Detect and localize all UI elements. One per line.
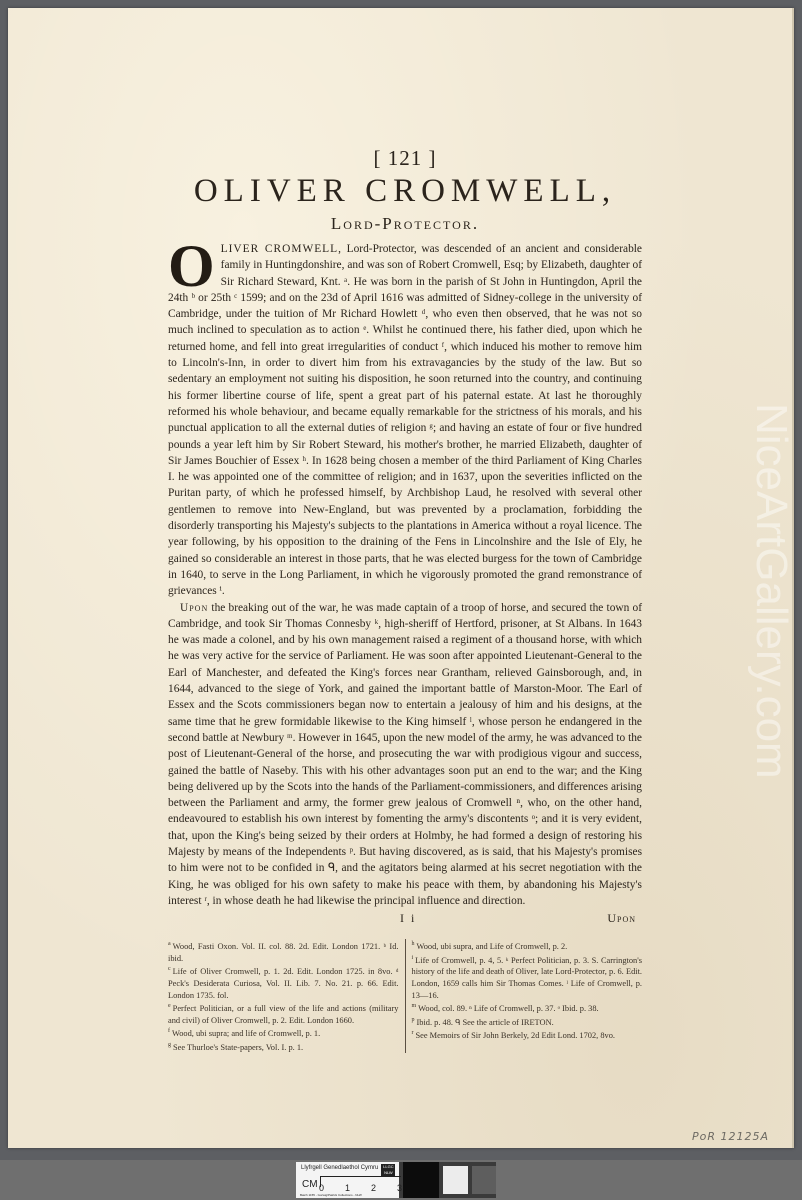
footnote: cLife of Oliver Cromwell, p. 1. 2d. Edit…	[168, 964, 399, 1001]
paragraph-text: the breaking out of the war, he was made…	[168, 602, 642, 907]
fine-print: Batch 1155 - Gorwig/Patrick Collections …	[300, 1193, 362, 1197]
footnote: pIbid. p. 48. ᑫ See the article of IRETO…	[412, 1015, 643, 1029]
paragraph-lead: LIVER CROMWELL,	[221, 243, 342, 255]
footnote: ePerfect Politician, or a full view of t…	[168, 1001, 399, 1026]
paragraph-text: Lord-Protector, was descended of an anci…	[168, 243, 642, 597]
footnote: hWood, ubi supra, and Life of Cromwell, …	[412, 939, 643, 953]
ruler-ticks: 0 1 2 3	[320, 1176, 401, 1187]
paragraph-1: OLIVER CROMWELL, Lord-Protector, was des…	[168, 241, 642, 600]
white-swatch	[443, 1166, 467, 1194]
paragraph-2: Upon the breaking out of the war, he was…	[168, 600, 642, 910]
footnotes: aWood, Fasti Oxon. Vol. II. col. 88. 2d.…	[168, 939, 642, 1053]
page-title: OLIVER CROMWELL,	[168, 173, 642, 209]
dropcap: O	[168, 243, 215, 289]
document-page: [ 121 ] OLIVER CROMWELL, Lord-Protector.…	[8, 8, 794, 1148]
footnotes-right-column: hWood, ubi supra, and Life of Cromwell, …	[406, 939, 643, 1053]
color-scale-bar: Llyfrgell Genedlaethol Cymru LLGC NLW CM…	[296, 1162, 496, 1198]
footnotes-left-column: aWood, Fasti Oxon. Vol. II. col. 88. 2d.…	[168, 939, 406, 1053]
library-name: Llyfrgell Genedlaethol Cymru	[301, 1165, 378, 1171]
page-subtitle: Lord-Protector.	[168, 213, 642, 235]
scale-unit: CM	[302, 1179, 318, 1190]
footnote: fWood, ubi supra; and life of Cromwell, …	[168, 1026, 399, 1040]
page-content: [ 121 ] OLIVER CROMWELL, Lord-Protector.…	[168, 146, 642, 1053]
footnote: iLife of Cromwell, p. 4, 5. ᵏ Perfect Po…	[412, 953, 643, 1002]
grey-swatch	[472, 1166, 496, 1194]
footnote: mWood, col. 89. ⁿ Life of Cromwell, p. 3…	[412, 1001, 643, 1015]
handwritten-shelfmark: PoR 12125A	[692, 1130, 769, 1143]
watermark: NiceArtGallery.com	[736, 403, 796, 823]
page-number: [ 121 ]	[168, 146, 642, 171]
footnote: aWood, Fasti Oxon. Vol. II. col. 88. 2d.…	[168, 939, 399, 964]
printer-signature: I i	[400, 911, 416, 926]
tick-1: 1	[345, 1183, 350, 1193]
catchword: Upon	[607, 911, 636, 926]
tick-0: 0	[319, 1183, 324, 1193]
black-swatch	[403, 1162, 439, 1198]
signature-line: I i Upon	[168, 911, 642, 929]
tick-3: 3	[397, 1183, 402, 1193]
footnote: gSee Thurloe's State-papers, Vol. I. p. …	[168, 1040, 399, 1054]
tick-2: 2	[371, 1183, 376, 1193]
footnote: rSee Memoirs of Sir John Berkely, 2d Edi…	[412, 1028, 643, 1042]
paragraph-lead: Upon	[180, 602, 208, 614]
scale-label: Llyfrgell Genedlaethol Cymru LLGC NLW CM…	[296, 1162, 399, 1198]
